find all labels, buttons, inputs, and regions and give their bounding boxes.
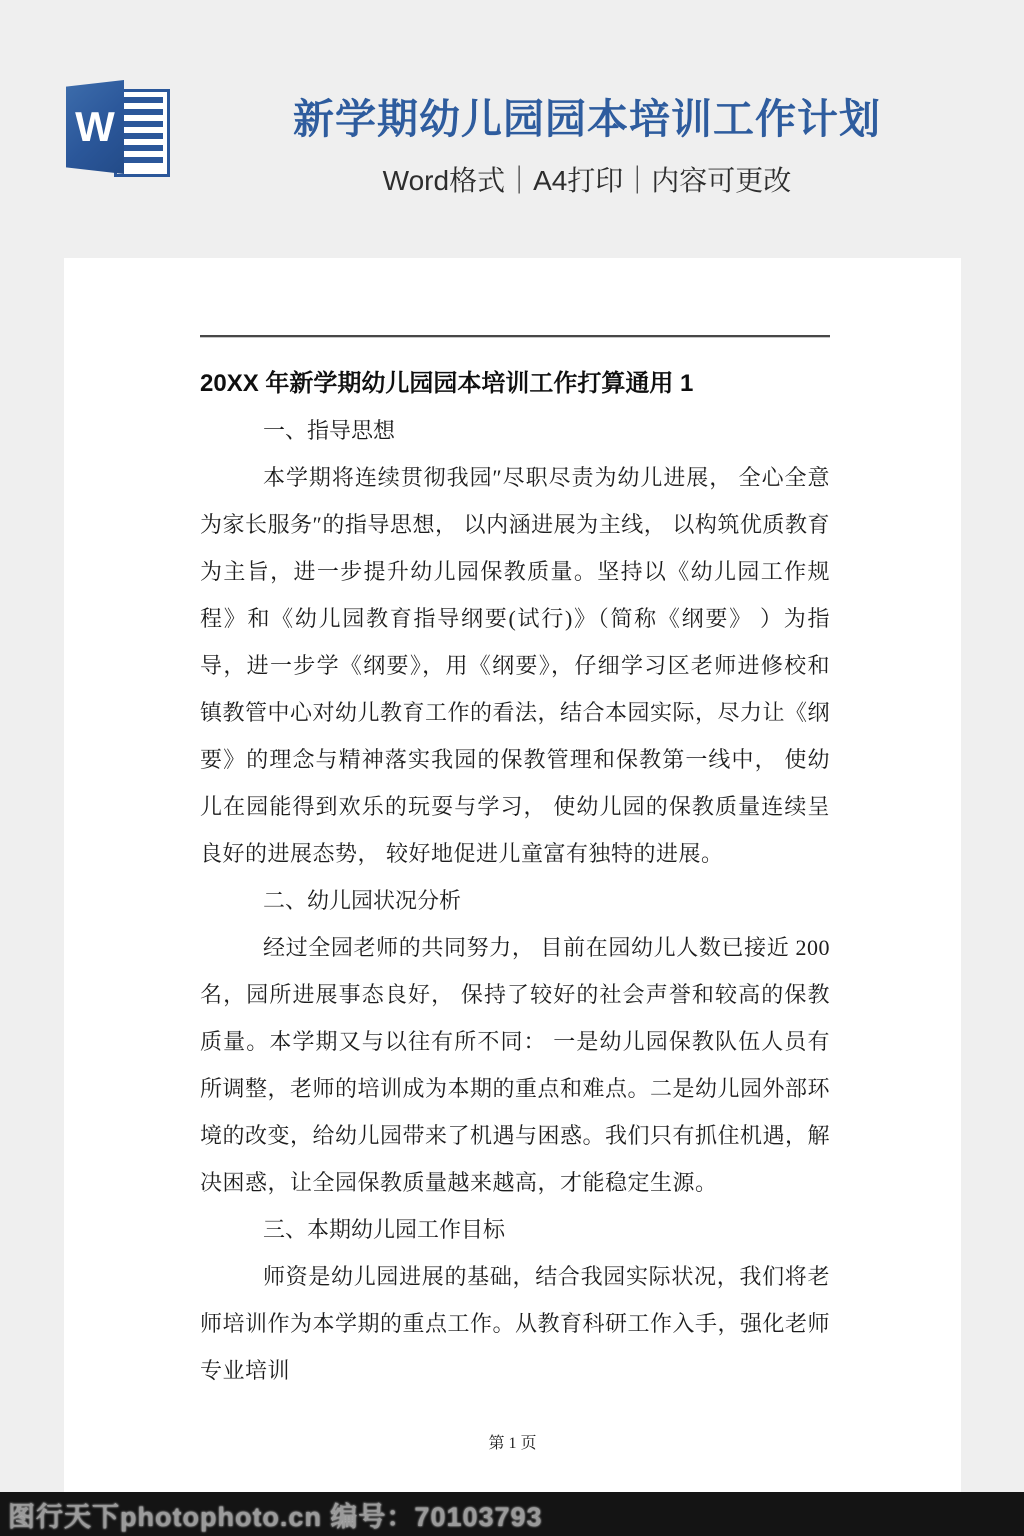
header: W 新学期幼儿园园本培训工作计划 Word格式｜A4打印｜内容可更改: [0, 0, 1024, 258]
section-title: 三、本期幼儿园工作目标: [200, 1206, 830, 1253]
document-divider: [200, 335, 830, 338]
watermark-bar: 图行天下photophoto.cn 编号：70103793: [0, 1492, 1024, 1536]
page-number-footer: 第 1 页: [64, 1430, 961, 1453]
doc-paragraph: 本学期将连续贯彻我园″尽职尽责为幼儿进展， 全心全意为家长服务″的指导思想， 以…: [200, 454, 830, 877]
document-card: 20XX 年新学期幼儿园园本培训工作打算通用 1 一、指导思想本学期将连续贯彻我…: [64, 258, 961, 1521]
document-body: 一、指导思想本学期将连续贯彻我园″尽职尽责为幼儿进展， 全心全意为家长服务″的指…: [200, 407, 830, 1394]
section-title: 二、幼儿园状况分析: [200, 877, 830, 924]
page: W 新学期幼儿园园本培训工作计划 Word格式｜A4打印｜内容可更改 20XX …: [0, 0, 1024, 1536]
header-text: 新学期幼儿园园本培训工作计划 Word格式｜A4打印｜内容可更改: [180, 96, 994, 199]
watermark-text: 图行天下photophoto.cn 编号：70103793: [0, 1495, 543, 1534]
document-lines-icon: [121, 97, 163, 169]
word-file-icon: W: [66, 80, 162, 174]
doc-paragraph: 师资是幼儿园进展的基础，结合我园实际状况，我们将老师培训作为本学期的重点工作。从…: [200, 1253, 830, 1394]
page-subtitle: Word格式｜A4打印｜内容可更改: [180, 159, 994, 199]
word-letter: W: [75, 106, 115, 148]
section-title: 一、指导思想: [200, 407, 830, 454]
word-cover-icon: W: [66, 80, 124, 174]
doc-paragraph: 经过全园老师的共同努力， 目前在园幼儿人数已接近 200 名，园所进展事态良好，…: [200, 924, 830, 1206]
document-content: 20XX 年新学期幼儿园园本培训工作打算通用 1 一、指导思想本学期将连续贯彻我…: [200, 258, 830, 1521]
document-heading: 20XX 年新学期幼儿园园本培训工作打算通用 1: [200, 360, 830, 407]
page-title: 新学期幼儿园园本培训工作计划: [180, 96, 994, 143]
